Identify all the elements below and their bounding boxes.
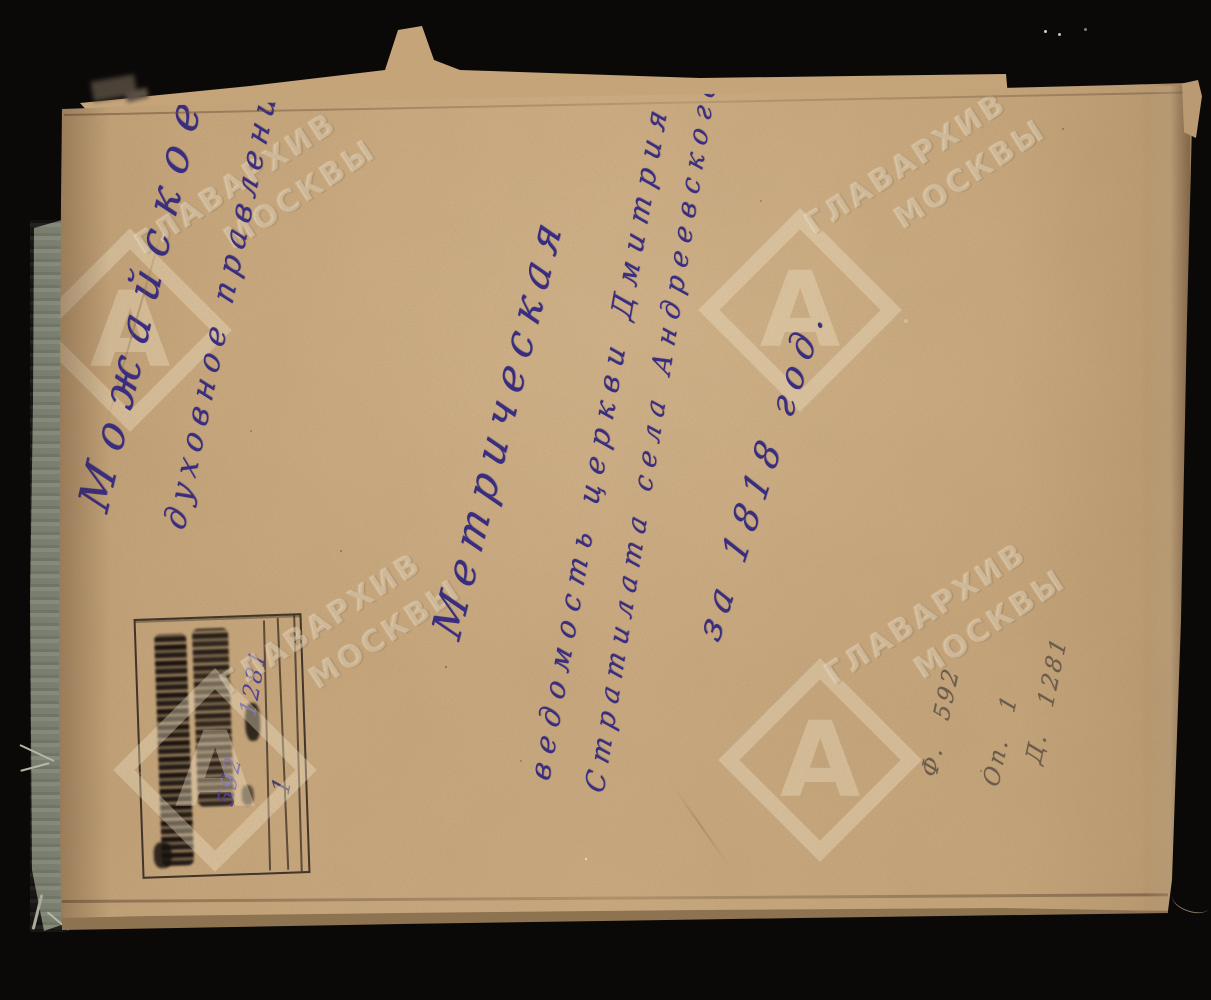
dust-specks (0, 0, 2, 2)
folder-cover: 592 1281 1 А ГЛАВАРХИВ МОСКВЫ А ГЛАВАРХИ… (0, 0, 1211, 1000)
archival-scan: 592 1281 1 А ГЛАВАРХИВ МОСКВЫ А ГЛАВАРХИ… (0, 0, 1211, 1000)
dust-specks (1044, 30, 1047, 33)
cover-right-fold (1146, 86, 1190, 910)
cover-corner-fold (1182, 80, 1202, 138)
loose-thread (1170, 887, 1211, 918)
